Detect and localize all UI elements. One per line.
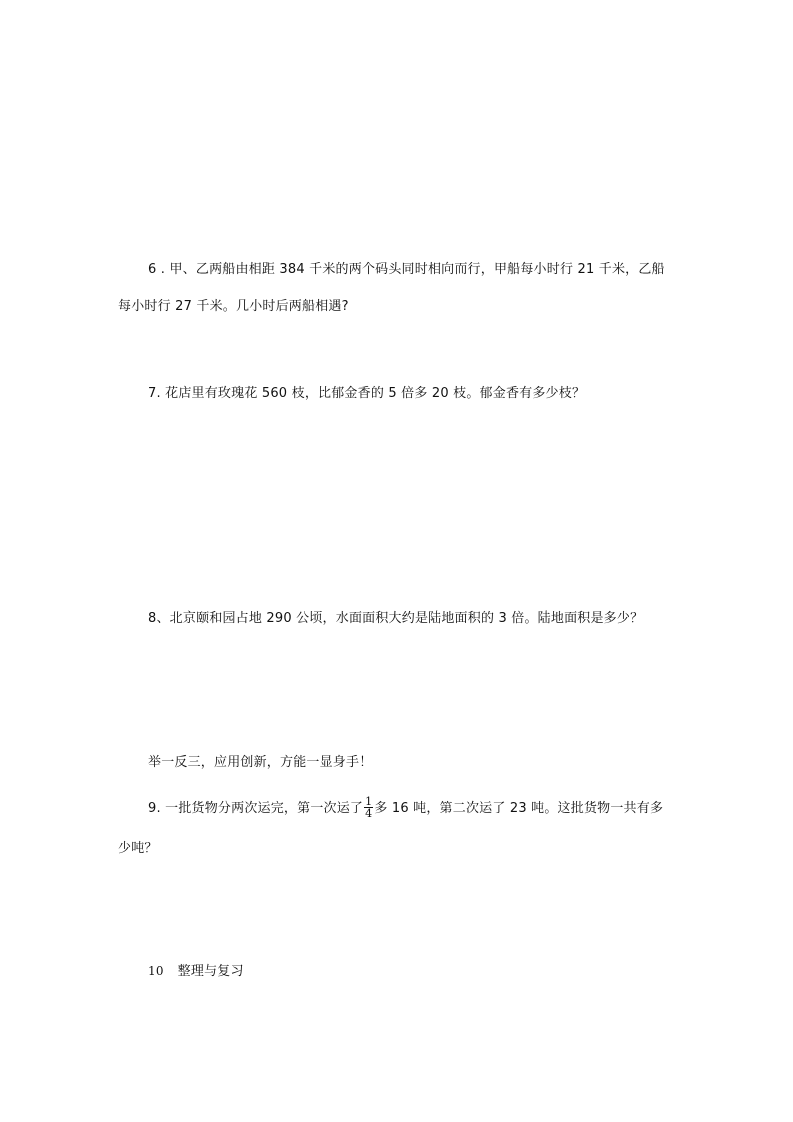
question-10-title: 整理与复习 <box>178 964 244 979</box>
question-10: 10整理与复习 <box>148 963 244 980</box>
question-7: 7. 花店里有玫瑰花 560 枝，比郁金香的 5 倍多 20 枝。郁金香有多少枝… <box>148 386 585 402</box>
question-9-prefix: 9. 一批货物分两次运完，第一次运了 <box>148 801 363 816</box>
question-9-line-2: 少吨？ <box>118 841 158 857</box>
question-6-line-2: 每小时行 27 千米。几小时后两船相遇? <box>118 299 349 315</box>
question-9-suffix: 多 16 吨，第二次运了 23 吨。这批货物一共有多 <box>374 801 663 816</box>
section-heading: 举一反三，应用创新，方能一显身手！ <box>148 755 372 771</box>
question-10-number: 10 <box>148 964 164 978</box>
question-6-line-1: 6 . 甲、乙两船由相距 384 千米的两个码头同时相向而行，甲船每小时行 21… <box>148 262 665 278</box>
question-8: 8、北京颐和园占地 290 公顷，水面面积大约是陆地面积的 3 倍。陆地面积是多… <box>148 611 643 627</box>
fraction-denominator: 4 <box>364 808 373 819</box>
fraction-one-quarter: 14 <box>364 796 373 819</box>
question-9-line-1: 9. 一批货物分两次运完，第一次运了14多 16 吨，第二次运了 23 吨。这批… <box>148 797 663 820</box>
